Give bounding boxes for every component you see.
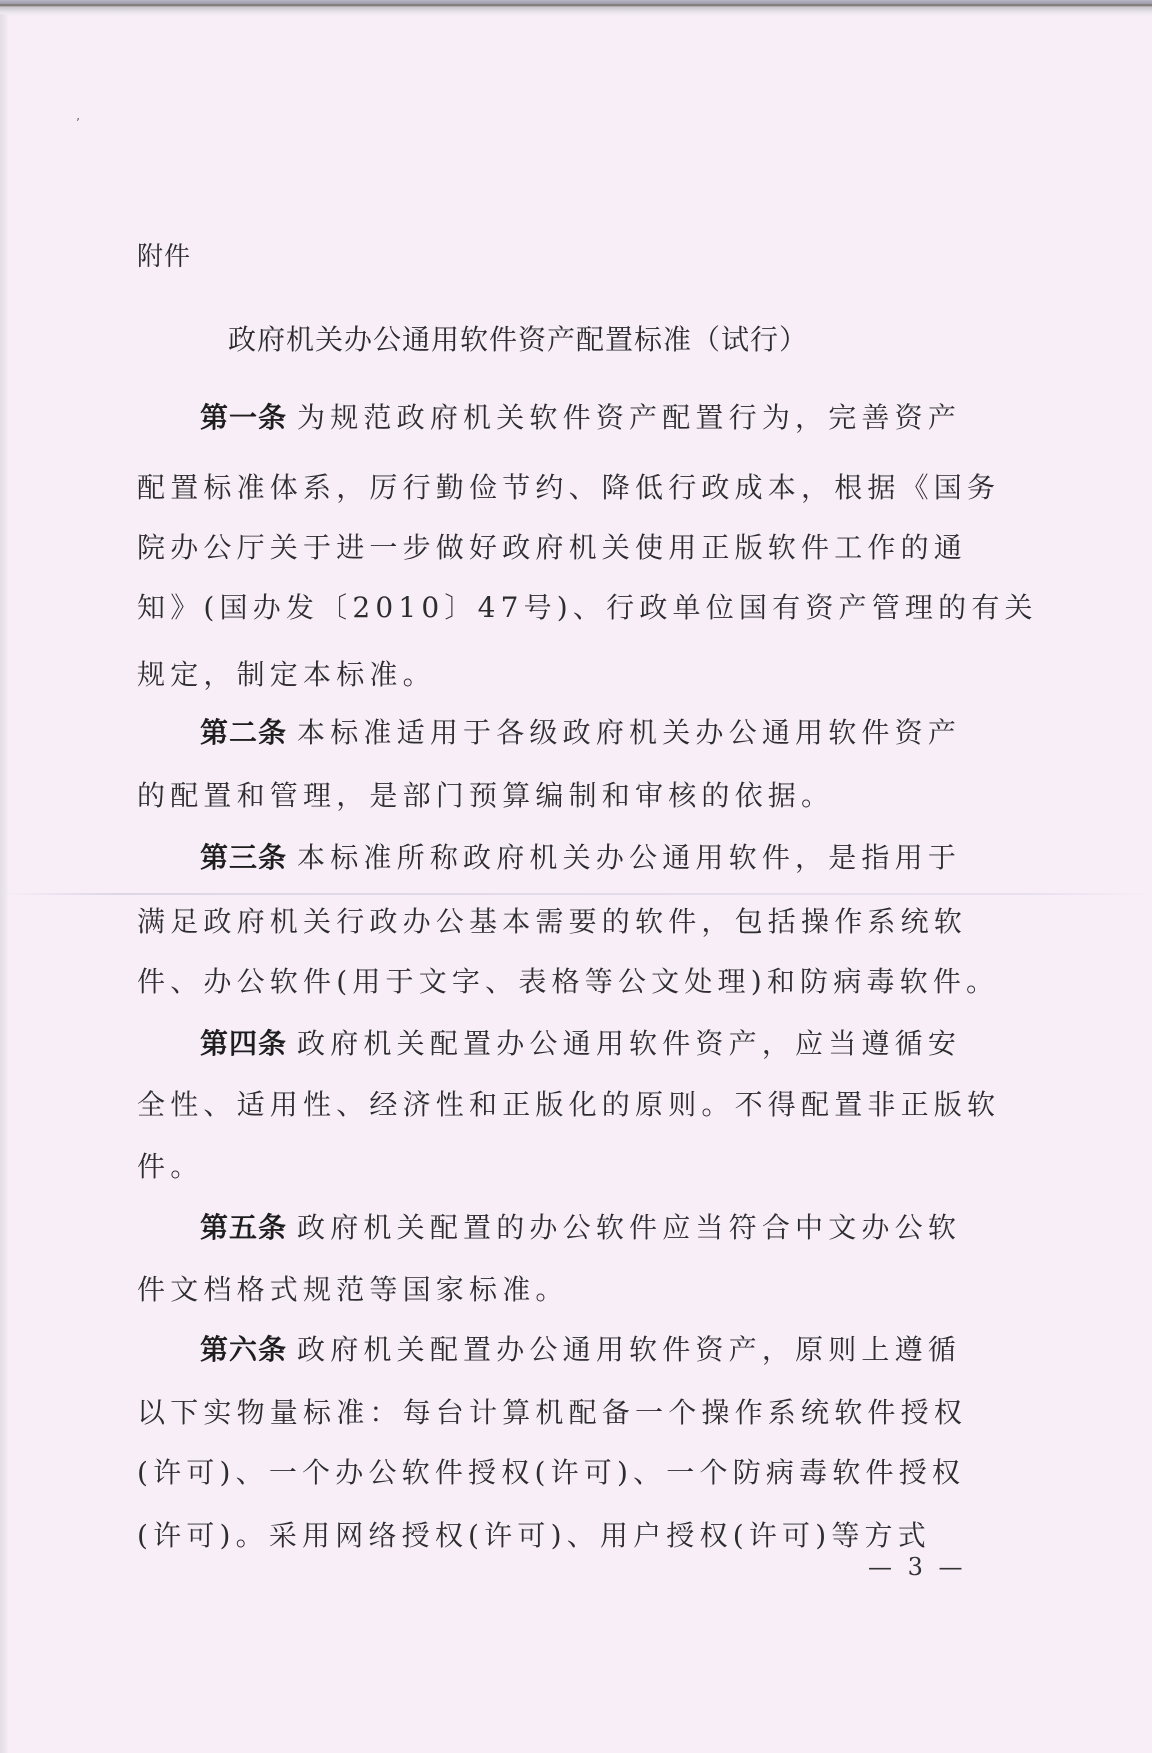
article-3-text: 本标准所称政府机关办公通用软件，是指用于 xyxy=(297,841,961,874)
article-6-heading: 第六条 xyxy=(200,1333,287,1366)
article-5-text: 政府机关配置的办公软件应当符合中文办公软 xyxy=(297,1211,961,1244)
scanned-document-page: ’ 附件 政府机关办公通用软件资产配置标准（试行） 第一条为规范政府机关软件资产… xyxy=(0,0,1152,1753)
document-title: 政府机关办公通用软件资产配置标准（试行） xyxy=(228,318,808,358)
article-2-line-2: 的配置和管理，是部门预算编制和审核的依据。 xyxy=(137,776,834,816)
article-4-line-1: 第四条政府机关配置办公通用软件资产，应当遵循安 xyxy=(200,1024,961,1064)
article-2-line-1: 第二条本标准适用于各级政府机关办公通用软件资产 xyxy=(200,713,961,753)
article-3-line-2: 满足政府机关行政办公基本需要的软件，包括操作系统软 xyxy=(137,902,967,942)
article-5-line-1: 第五条政府机关配置的办公软件应当符合中文办公软 xyxy=(200,1208,961,1248)
article-4-text: 政府机关配置办公通用软件资产，应当遵循安 xyxy=(297,1027,961,1060)
scanner-top-edge xyxy=(0,0,1152,16)
article-6-line-2: 以下实物量标准：每台计算机配备一个操作系统软件授权 xyxy=(137,1393,967,1433)
page-number: — 3 — xyxy=(868,1553,967,1581)
article-6-line-3: (许可)、一个办公软件授权(许可)、一个防病毒软件授权 xyxy=(137,1453,965,1493)
article-1-line-3: 院办公厅关于进一步做好政府机关使用正版软件工作的通 xyxy=(137,528,967,568)
article-1-text: 为规范政府机关软件资产配置行为，完善资产 xyxy=(297,401,961,434)
stray-scan-mark: ’ xyxy=(76,116,80,130)
article-5-line-2: 件文档格式规范等国家标准。 xyxy=(137,1270,569,1310)
article-2-heading: 第二条 xyxy=(200,716,287,749)
attachment-label: 附件 xyxy=(137,236,191,273)
article-4-line-2: 全性、适用性、经济性和正版化的原则。不得配置非正版软 xyxy=(137,1085,1000,1125)
article-5-heading: 第五条 xyxy=(200,1211,287,1244)
article-6-text: 政府机关配置办公通用软件资产，原则上遵循 xyxy=(297,1333,961,1366)
article-6-line-1: 第六条政府机关配置办公通用软件资产，原则上遵循 xyxy=(200,1330,961,1370)
article-2-text: 本标准适用于各级政府机关办公通用软件资产 xyxy=(297,716,961,749)
article-4-line-3: 件。 xyxy=(137,1147,203,1187)
article-1-line-2: 配置标准体系，厉行勤俭节约、降低行政成本，根据《国务 xyxy=(137,468,1000,508)
article-4-heading: 第四条 xyxy=(200,1027,287,1060)
article-6-line-4: (许可)。采用网络授权(许可)、用户授权(许可)等方式 xyxy=(137,1516,931,1556)
article-3-line-1: 第三条本标准所称政府机关办公通用软件，是指用于 xyxy=(200,838,961,878)
article-3-line-3: 件、办公软件(用于文字、表格等公文处理)和防病毒软件。 xyxy=(137,962,999,1002)
scanner-left-edge xyxy=(0,14,9,1753)
article-3-heading: 第三条 xyxy=(200,841,287,874)
article-1-line-5: 规定，制定本标准。 xyxy=(137,655,436,695)
article-1-line-1: 第一条为规范政府机关软件资产配置行为，完善资产 xyxy=(200,398,961,438)
article-1-line-4: 知》(国办发〔2010〕47号)、行政单位国有资产管理的有关 xyxy=(137,588,1038,628)
article-1-heading: 第一条 xyxy=(200,401,287,434)
paper-fold-line xyxy=(0,893,1152,895)
